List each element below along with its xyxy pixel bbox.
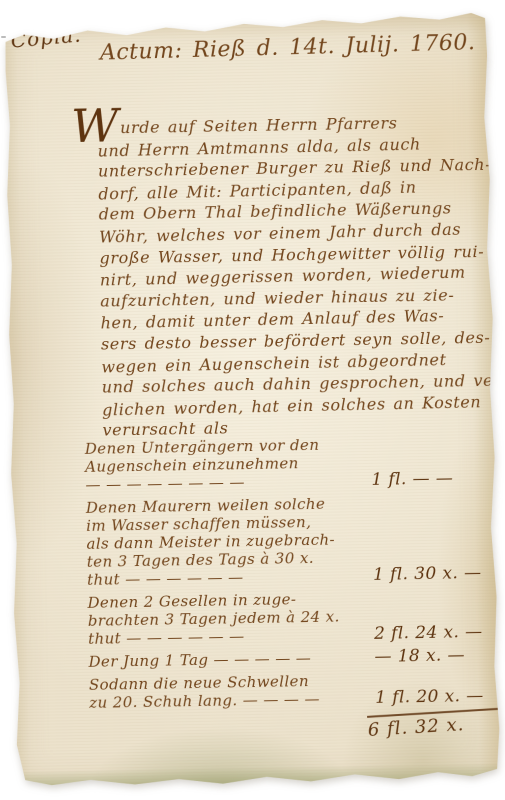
manuscript-page-wrap: Copia. Actum: Rieß d. 14t. Julij. 1760. … [0, 9, 502, 791]
cost-item-line: zu 20. Schuh lang. — — — — [89, 689, 375, 712]
cost-item: Sodann die neue Schwellenzu 20. Schuh la… [89, 669, 496, 712]
cost-item-amount: 1 fl. 30 x. — [373, 564, 491, 584]
cost-item-description: Denen 2 Gesellen in zuge-brachten 3 Tage… [87, 589, 374, 648]
cost-item-amount: — 18 x. — [374, 646, 492, 666]
cost-item-amount: 1 fl. 20 x. — [375, 687, 493, 707]
document-heading: Actum: Rieß d. 14t. Julij. 1760. [100, 30, 485, 66]
cost-item-description: Der Jung 1 Tag — — — — — [88, 648, 374, 671]
body-paragraph: Wurde auf Seiten Herrn Pfarrersund Herrn… [97, 111, 489, 442]
cost-item-amount: 2 fl. 24 x. — [374, 623, 492, 643]
cost-item: Denen Maurern weilen solcheim Wasser sch… [86, 492, 494, 589]
cost-item-description: Denen Untergängern vor denAugenschein ei… [85, 435, 372, 494]
cost-items-list: Denen Untergängern vor denAugenschein ei… [85, 433, 496, 717]
cost-item-line: Der Jung 1 Tag — — — — — [88, 648, 374, 671]
cost-item: Denen 2 Gesellen in zuge-brachten 3 Tage… [87, 587, 494, 648]
cost-item-amount: 1 fl. — — [371, 469, 489, 489]
cost-item: Denen Untergängern vor denAugenschein ei… [85, 433, 492, 494]
copy-annotation: Copia. [10, 22, 83, 52]
cost-item-line: thut — — — — — — [88, 625, 374, 648]
cost-item-description: Denen Maurern weilen solcheim Wasser sch… [86, 494, 374, 589]
scan-background: Copia. Actum: Rieß d. 14t. Julij. 1760. … [0, 0, 505, 800]
drop-cap-initial: W [71, 120, 119, 131]
total-row: 6 fl. 32 x. [367, 708, 500, 741]
manuscript-page: Copia. Actum: Rieß d. 14t. Julij. 1760. … [0, 9, 502, 791]
cost-item: Der Jung 1 Tag — — — — — — 18 x. — [88, 646, 494, 671]
cost-item-line: — — — — — — — — [85, 471, 371, 494]
cost-item-line: thut — — — — — — [87, 566, 373, 589]
cost-item-description: Sodann die neue Schwellenzu 20. Schuh la… [89, 671, 376, 712]
